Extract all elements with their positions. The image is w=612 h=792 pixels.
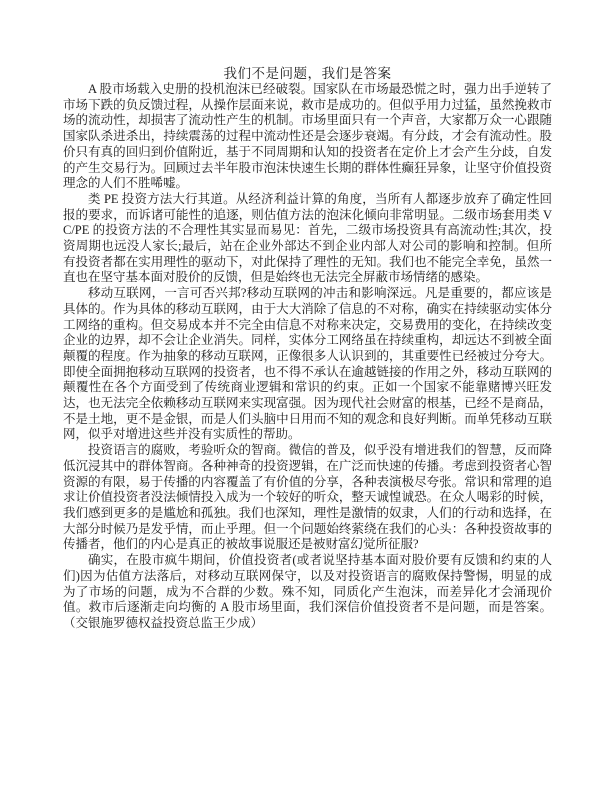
text-block: 我们不是问题，我们是答案 A 股市场载入史册的投机泡沫已经破裂。国家队在市场最恐… <box>63 66 552 632</box>
document-title: 我们不是问题，我们是答案 <box>63 66 552 82</box>
paragraph-4: 投资语言的腐败，考验听众的智商。微信的普及，似乎没有增进我们的智慧，反而降低沉浸… <box>63 443 552 553</box>
paragraph-2: 类 PE 投资方法大行其道。从经济利益计算的角度，当所有人都逐步放弃了确定性回报… <box>63 192 552 286</box>
paragraph-5: 确实，在股市疯牛期间，价值投资者(或者说坚持基本面对股价要有反馈和约束的人们)因… <box>63 553 552 632</box>
document-page: 我们不是问题，我们是答案 A 股市场载入史册的投机泡沫已经破裂。国家队在市场最恐… <box>0 0 612 792</box>
paragraph-1: A 股市场载入史册的投机泡沫已经破裂。国家队在市场最恐慌之时，强力出手逆转了市场… <box>63 82 552 192</box>
paragraph-3: 移动互联网，一言可否兴邦?移动互联网的冲击和影响深远。凡是重要的，都应该是具体的… <box>63 286 552 443</box>
